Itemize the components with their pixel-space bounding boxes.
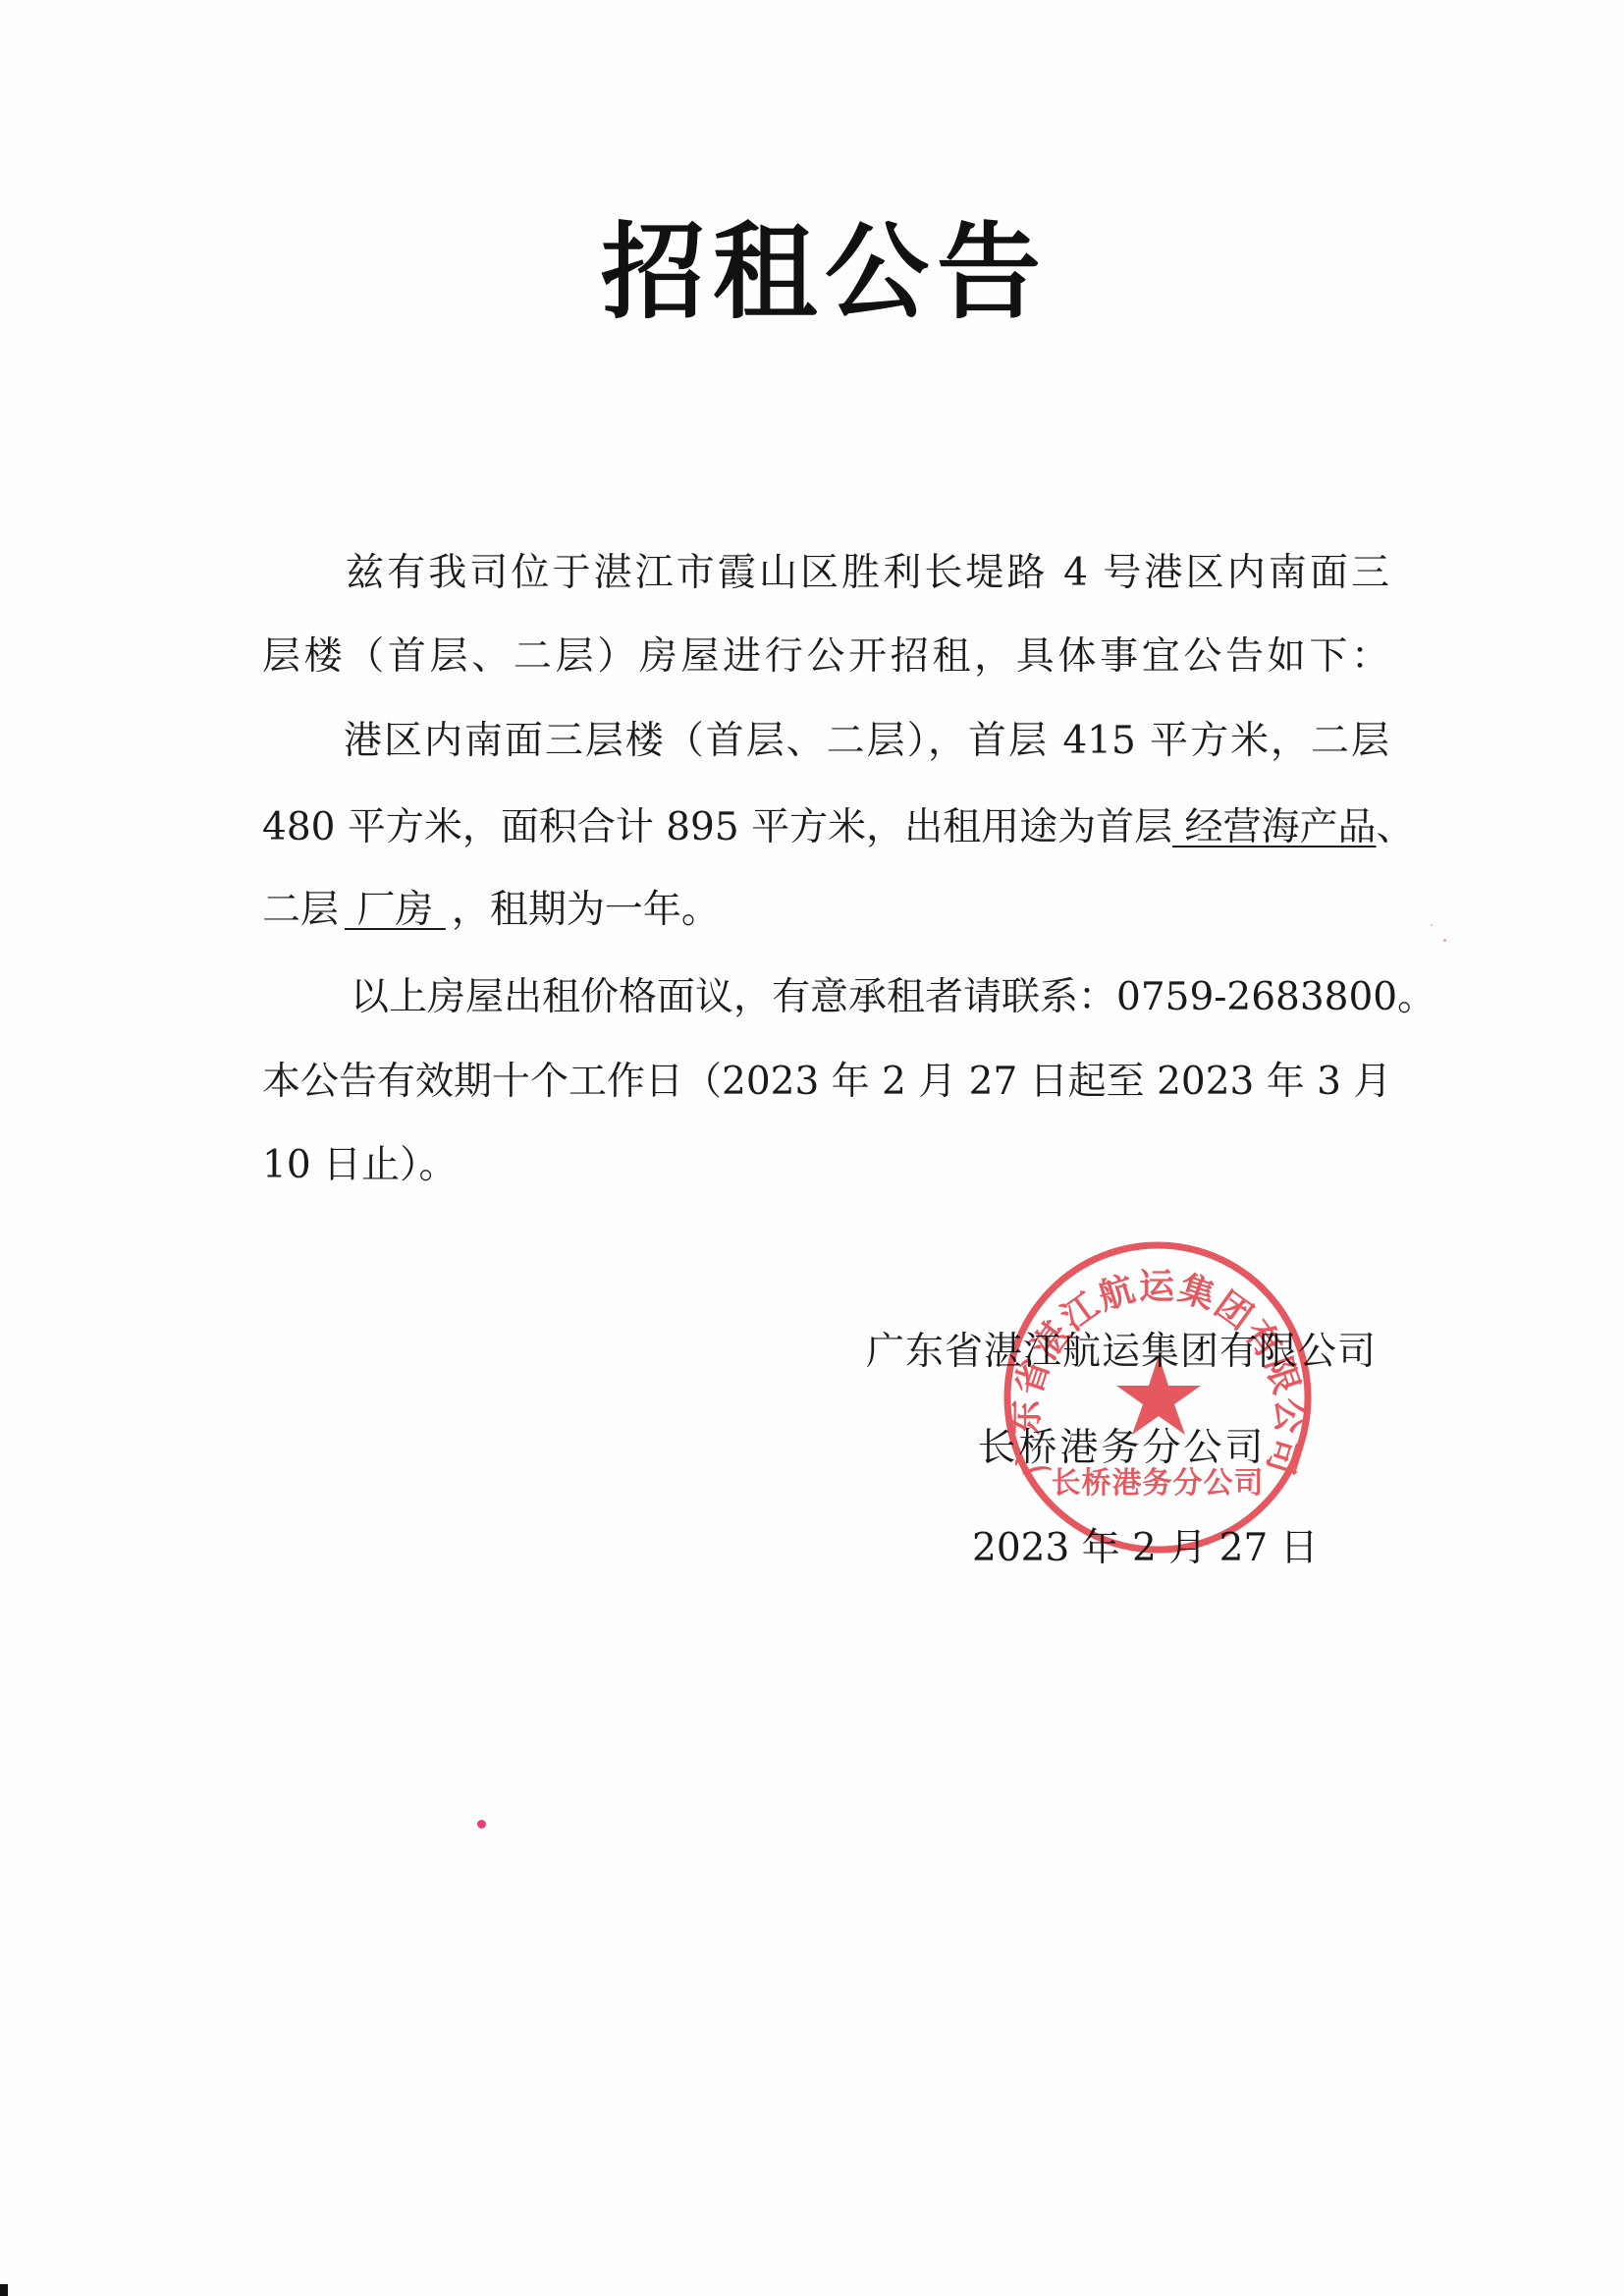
lease-term-text: ，租期为一年。	[452, 888, 720, 932]
first-floor-use-underlined: 经营海产品	[1172, 805, 1376, 849]
scan-edge-mark	[0, 2284, 8, 2296]
paragraph-2-line-2: 480 平方米，面积合计 895 平方米，出租用途为首层 经营海产品、	[262, 803, 1389, 852]
paragraph-3-line-3: 10 日止）。	[262, 1141, 1389, 1190]
ink-speck	[1431, 924, 1433, 926]
second-floor-label: 二层	[262, 888, 339, 932]
stamp-bottom-text: 长桥港务分公司	[1052, 1466, 1265, 1501]
paragraph-2-line-3: 二层 厂房 ，租期为一年。	[262, 886, 1389, 935]
paragraph-3-line-1: 以上房屋出租价格面议，有意承租者请联系：0759-2683800。	[351, 973, 1389, 1022]
ink-speck	[477, 1820, 486, 1829]
ink-speck	[1443, 939, 1446, 942]
document-page: 招租公告 兹有我司位于湛江市霞山区胜利长堤路 4 号港区内南面三 层楼（首层、二…	[0, 0, 1624, 2296]
stamp-seal-icon: 广东省湛江航运集团有限公司 长桥港务分公司	[1001, 1239, 1314, 1556]
official-stamp: 广东省湛江航运集团有限公司 长桥港务分公司	[1001, 1239, 1314, 1556]
paragraph-3-line-2: 本公告有效期十个工作日（2023 年 2 月 27 日起至 2023 年 3 月	[262, 1058, 1389, 1107]
paragraph-2-line-1: 港区内南面三层楼（首层、二层），首层 415 平方米，二层	[344, 717, 1389, 766]
star-icon	[1116, 1355, 1201, 1435]
paragraph-1-line-1: 兹有我司位于湛江市霞山区胜利长堤路 4 号港区内南面三	[346, 549, 1389, 598]
area-text-end: 、	[1376, 805, 1414, 849]
paragraph-1-line-2: 层楼（首层、二层）房屋进行公开招租，具体事宜公告如下：	[262, 632, 1389, 682]
second-floor-use-underlined: 厂房	[339, 888, 452, 932]
page-title: 招租公告	[550, 208, 1100, 336]
area-text: 480 平方米，面积合计 895 平方米，出租用途为首层	[262, 805, 1172, 849]
